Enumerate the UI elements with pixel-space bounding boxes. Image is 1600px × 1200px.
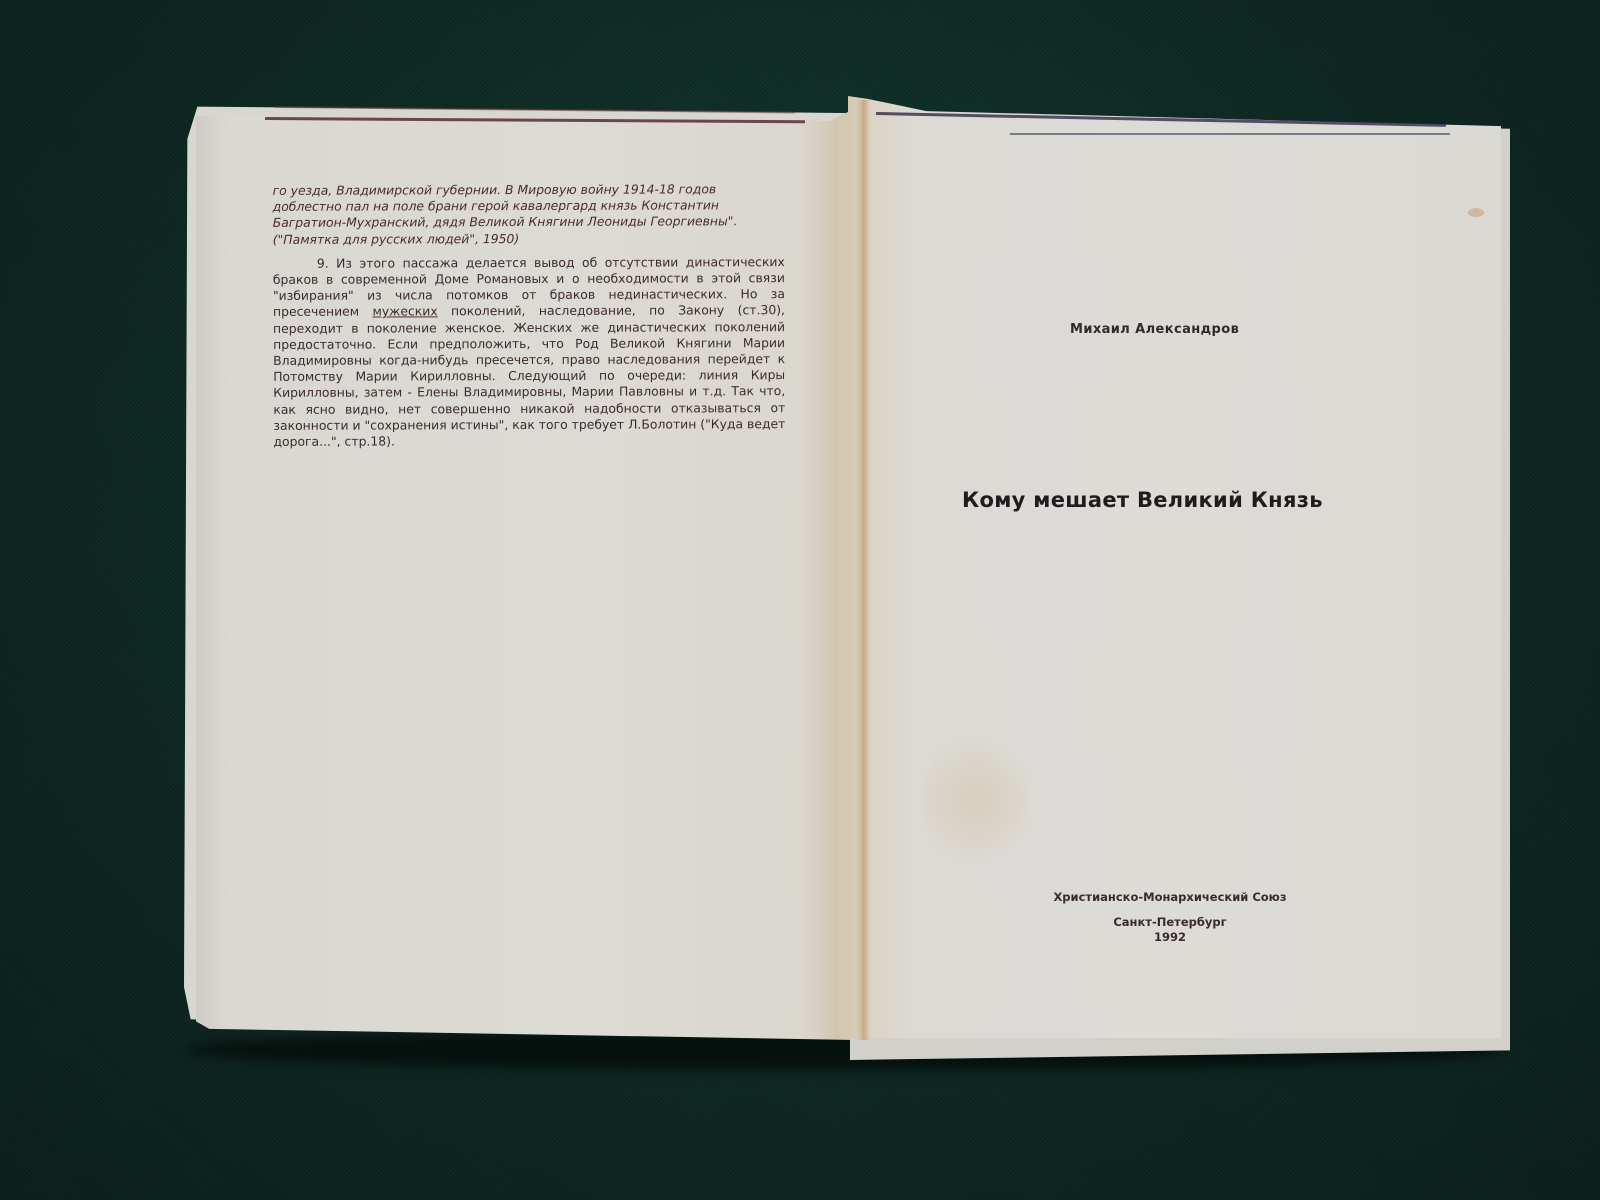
publisher-name: Христианско-Монархический Союз xyxy=(1030,890,1310,905)
publication-year: 1992 xyxy=(1030,930,1310,945)
paragraph-9-text-b: поколений, наследование, по Закону (ст.3… xyxy=(273,303,785,449)
quote-line: Багратион-Мухранский, дядя Великой Княги… xyxy=(273,214,785,232)
small-stain xyxy=(1468,208,1484,217)
publisher-block: Христианско-Монархический Союз Санкт-Пет… xyxy=(1030,890,1310,945)
author-name: Михаил Александров xyxy=(1070,322,1260,337)
underlined-word: мужеских xyxy=(372,304,437,319)
paragraph-9: 9. Из этого пассажа делается вывод об от… xyxy=(273,254,786,450)
right-page-header-rule-2 xyxy=(1010,133,1450,135)
water-stain xyxy=(920,740,1030,860)
quote-citation: ("Памятка для русских людей", 1950) xyxy=(273,230,785,248)
quote-line: доблестно пал на поле брани герой кавале… xyxy=(273,197,785,215)
booklet-title: Кому мешает Великий Князь xyxy=(962,488,1382,512)
publication-city: Санкт-Петербург xyxy=(1030,915,1310,930)
left-page-text: го уезда, Владимирской губернии. В Миров… xyxy=(273,181,786,450)
quote-line: го уезда, Владимирской губернии. В Миров… xyxy=(273,181,785,199)
booklet-spine xyxy=(856,100,870,1040)
